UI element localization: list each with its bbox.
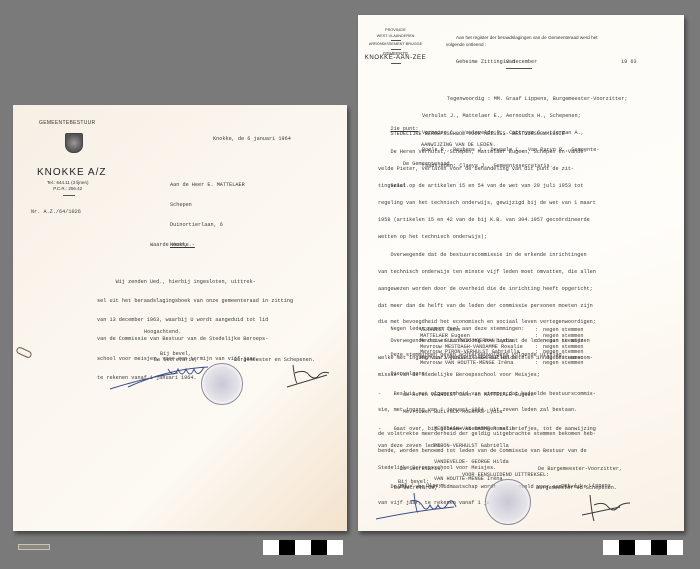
session-date: 13 december [503, 59, 537, 65]
coat-of-arms-icon [65, 133, 83, 153]
consideration-line: Gelet op de artikelen 15 en 54 van de we… [378, 184, 596, 190]
intro-line: volgende ontleend : [446, 42, 597, 49]
vote-result-count: negen stemmen [543, 361, 603, 367]
letterhead-administration: GEMEENTEBESTUUR [39, 120, 95, 126]
consideration-line: wetten op het technisch onderwijs); [378, 235, 596, 241]
chair-title: De Burgemeester-Voorzitter, [538, 467, 622, 473]
divider [391, 40, 401, 41]
checker-scale-icon [263, 540, 343, 555]
recusal-line: velde Pieter, verlaten voor de behandeli… [378, 167, 587, 173]
body-line: Wij zenden Ued., hierbij ingesloten, uit… [97, 279, 293, 285]
separator: : [535, 361, 543, 367]
register-intro: Aan het register der beraadslagingen van… [446, 35, 597, 48]
region: WEST-VLAANDEREN [363, 34, 428, 40]
attendance-line: Tegenwoordig : MM. Graaf Lippens, Burgem… [422, 97, 627, 103]
secretary-title: De Secretaris, [398, 467, 445, 473]
addressee-street: Duinortierlaan, 6 [170, 222, 245, 229]
conclusion-line: bende, worden benoemd tot leden van de C… [378, 449, 596, 455]
postal-account: P.C.R.: 256.42 [47, 186, 88, 192]
conclusion-line: de volstrekte meerderheid der geldig uit… [378, 432, 596, 438]
consideration-line: van technisch onderwijs ten minste vijf … [378, 270, 596, 276]
date-line: Knokke, de 6 januari 1964 [213, 136, 291, 142]
addressee-name: Aan de Heer E. MATTELAER [170, 182, 245, 189]
certification: VOOR EENSLUIDEND UITTREKSEL: [462, 472, 549, 478]
appointed-line: Mevrouwen BULLYNCK-MOERMAN Lydie [378, 410, 534, 416]
municipal-seal-icon [201, 363, 243, 405]
appointed-line: de Heren VERHULST John en MATTELAER Euge… [378, 393, 534, 399]
divider [391, 63, 401, 64]
body-line: van 13 december 1963, waarbij U wordt aa… [97, 317, 293, 323]
recusal-line: De Heren Verhulst, Schepen, Mattelaer Eu… [378, 150, 587, 156]
extract-page: PROVINCIE WEST-VLAANDEREN ARRONDISSEMENT… [358, 15, 684, 531]
checker-scale-icon [603, 540, 683, 555]
scale-bar-icon [18, 544, 50, 550]
council-heading: De Gemeenteraad, [378, 161, 453, 167]
divider [391, 49, 401, 50]
district: ARRONDISSEMENT BRUGGE [363, 42, 428, 48]
salutation: Waarde Heer, [150, 242, 187, 248]
closing: Hoogachtend. [144, 329, 181, 335]
consequently-label: Dienvolgens: [378, 371, 428, 377]
body-line: van de Commissie van Bestuur van de Sted… [97, 336, 293, 342]
body-line: sel uit het beraadslagingsboek van onze … [97, 298, 293, 304]
mayor-signature-icon [580, 491, 640, 525]
letterhead-city: KNOKKE A/Z [37, 167, 106, 178]
consideration-line: 1958 (artikelen 15 en 42 van de bij K.B.… [378, 218, 596, 224]
session-year: 19 63 [621, 59, 637, 65]
reference-number: Nr. A.Z./64/1026 [31, 209, 81, 215]
letter-page: GEMEENTEBESTUUR KNOKKE A/Z Tel.: 644.11 … [13, 105, 347, 531]
vote-result-name: Mevrouw VAN HOUTTE-MENGE Iréna [420, 361, 535, 367]
mayor-signature-icon [283, 361, 338, 391]
divider [506, 68, 532, 69]
vote-results-table: VERHULST John:negen stemmenMATTELAER Eug… [420, 328, 603, 367]
intro-line: Aan het register der beraadslagingen van… [446, 35, 597, 42]
consideration-line: Overwegende dat de bestuurscommissie in … [378, 253, 596, 259]
consideration-line: aangewezen worden door de overheid die d… [378, 287, 596, 293]
municipal-seal-icon [485, 479, 531, 525]
divider [63, 195, 75, 196]
extract-header-left: PROVINCIE WEST-VLAANDEREN ARRONDISSEMENT… [363, 28, 428, 65]
addressee-title: Schepen [170, 202, 245, 209]
consideration-line: regeling van het technisch onderwijs, ge… [378, 201, 596, 207]
secretary-signature-icon [374, 485, 474, 525]
agenda-point-title: STEDELIJKE BEROEPSSCHOOL VOOR MEISJES- B… [390, 131, 567, 137]
municipality: KNOKKE-AAN-ZEE [363, 56, 428, 62]
letterhead-contact: Tel.: 644.11 (3 lijnen) P.C.R.: 256.42 [47, 180, 88, 192]
attendance-line: Verhulst J., Mattelaer E., Aernoudts H.,… [422, 114, 627, 120]
